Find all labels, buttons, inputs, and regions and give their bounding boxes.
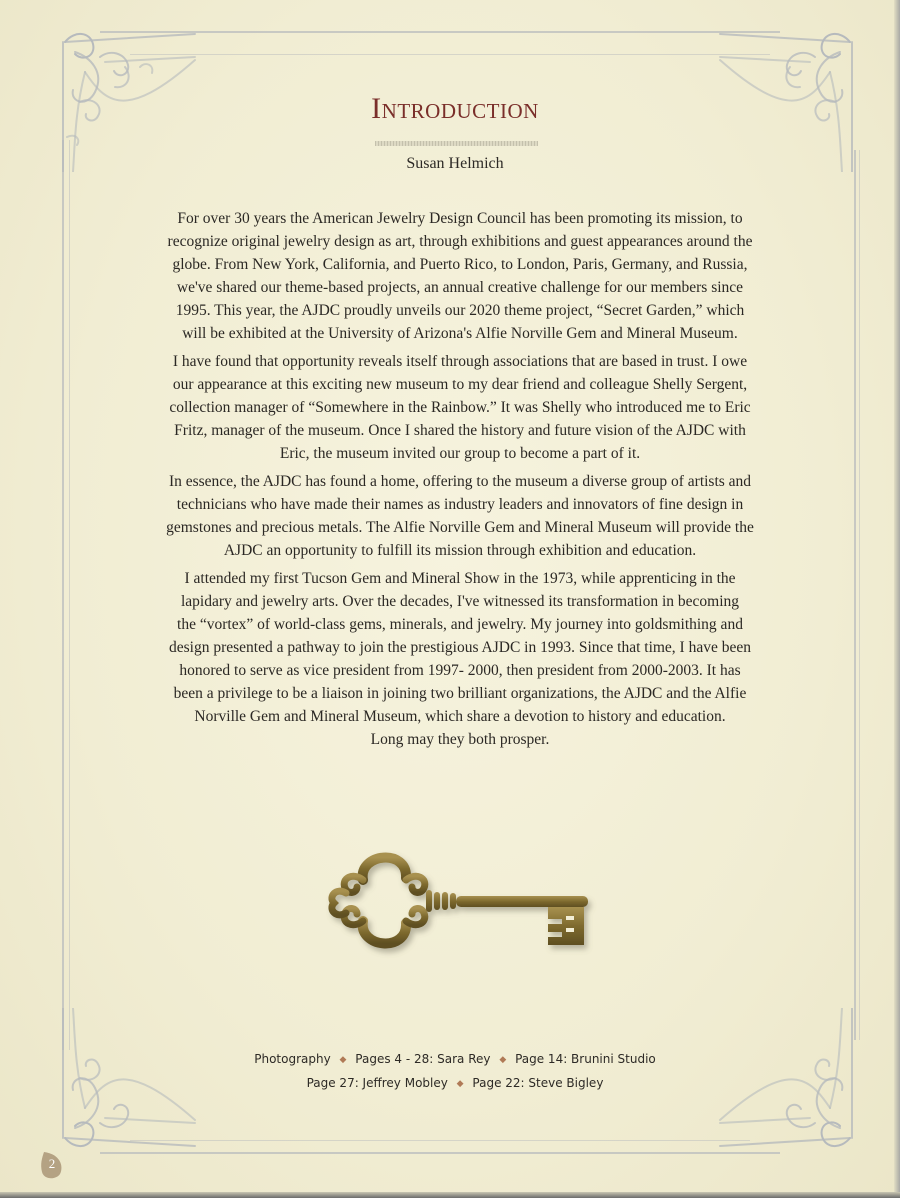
text-line: our appearance at this exciting new muse… — [140, 373, 780, 396]
diamond-separator-icon: ◆ — [457, 1079, 464, 1089]
text-line: lapidary and jewelry arts. Over the deca… — [140, 590, 780, 613]
frame-border-top-inner — [130, 54, 770, 55]
text-line: technicians who have made their names as… — [140, 493, 780, 516]
credit-item: Page 27: Jeffrey Mobley — [307, 1076, 448, 1090]
text-line: 1995. This year, the AJDC proudly unveil… — [140, 299, 780, 322]
paragraph-3: In essence, the AJDC has found a home, o… — [140, 470, 780, 562]
diamond-separator-icon: ◆ — [340, 1055, 347, 1065]
text-line: I attended my first Tucson Gem and Miner… — [140, 567, 780, 590]
credit-item: Page 22: Steve Bigley — [472, 1076, 603, 1090]
text-line: design presented a pathway to join the p… — [140, 636, 780, 659]
page-bottom-edge — [0, 1192, 900, 1198]
frame-border-left-inner — [69, 140, 70, 1050]
paragraph-4: I attended my first Tucson Gem and Miner… — [140, 567, 780, 751]
text-line: collection manager of “Somewhere in the … — [140, 396, 780, 419]
diamond-separator-icon: ◆ — [499, 1055, 506, 1065]
frame-border-right — [854, 150, 856, 1040]
text-line: recognize original jewelry design as art… — [140, 230, 780, 253]
credit-item: Pages 4 - 28: Sara Rey — [355, 1052, 490, 1066]
text-line: AJDC an opportunity to fulfill its missi… — [140, 539, 780, 562]
paragraph-1: For over 30 years the American Jewelry D… — [140, 207, 780, 345]
text-line: been a privilege to be a liaison in join… — [140, 682, 780, 705]
page-number: 2 — [40, 1156, 64, 1172]
text-line: will be exhibited at the University of A… — [140, 322, 780, 345]
magazine-page: Introduction Susan Helmich For over 30 y… — [0, 0, 900, 1198]
photo-credits: Photography ◆ Pages 4 - 28: Sara Rey ◆ P… — [0, 1048, 900, 1096]
title-divider — [375, 141, 538, 146]
frame-border-left — [62, 140, 64, 1050]
text-line: honored to serve as vice president from … — [140, 659, 780, 682]
page-edge-shadow — [894, 0, 900, 1198]
frame-border-bottom-inner — [130, 1140, 750, 1141]
credits-label: Photography — [254, 1052, 330, 1066]
text-line: Fritz, manager of the museum. Once I sha… — [140, 419, 780, 442]
credit-item: Page 14: Brunini Studio — [515, 1052, 656, 1066]
page-title: Introduction — [0, 92, 900, 126]
text-line: In essence, the AJDC has found a home, o… — [140, 470, 780, 493]
article-body: For over 30 years the American Jewelry D… — [140, 207, 780, 756]
credits-line-1: Photography ◆ Pages 4 - 28: Sara Rey ◆ P… — [0, 1048, 900, 1072]
frame-border-right-inner — [859, 150, 860, 1040]
page-number-badge: 2 — [40, 1150, 64, 1180]
text-line: I have found that opportunity reveals it… — [140, 350, 780, 373]
skeleton-key-icon — [308, 838, 598, 963]
text-line: Eric, the museum invited our group to be… — [140, 442, 780, 465]
text-line: For over 30 years the American Jewelry D… — [140, 207, 780, 230]
author-byline: Susan Helmich — [0, 155, 900, 173]
text-line: Norville Gem and Mineral Museum, which s… — [140, 705, 780, 728]
text-line: the “vortex” of world-class gems, minera… — [140, 613, 780, 636]
text-line: globe. From New York, California, and Pu… — [140, 253, 780, 276]
text-line: we've shared our theme-based projects, a… — [140, 276, 780, 299]
text-line: gemstones and precious metals. The Alfie… — [140, 516, 780, 539]
paragraph-2: I have found that opportunity reveals it… — [140, 350, 780, 465]
text-line: Long may they both prosper. — [140, 728, 780, 751]
credits-line-2: Page 27: Jeffrey Mobley ◆ Page 22: Steve… — [0, 1072, 900, 1096]
